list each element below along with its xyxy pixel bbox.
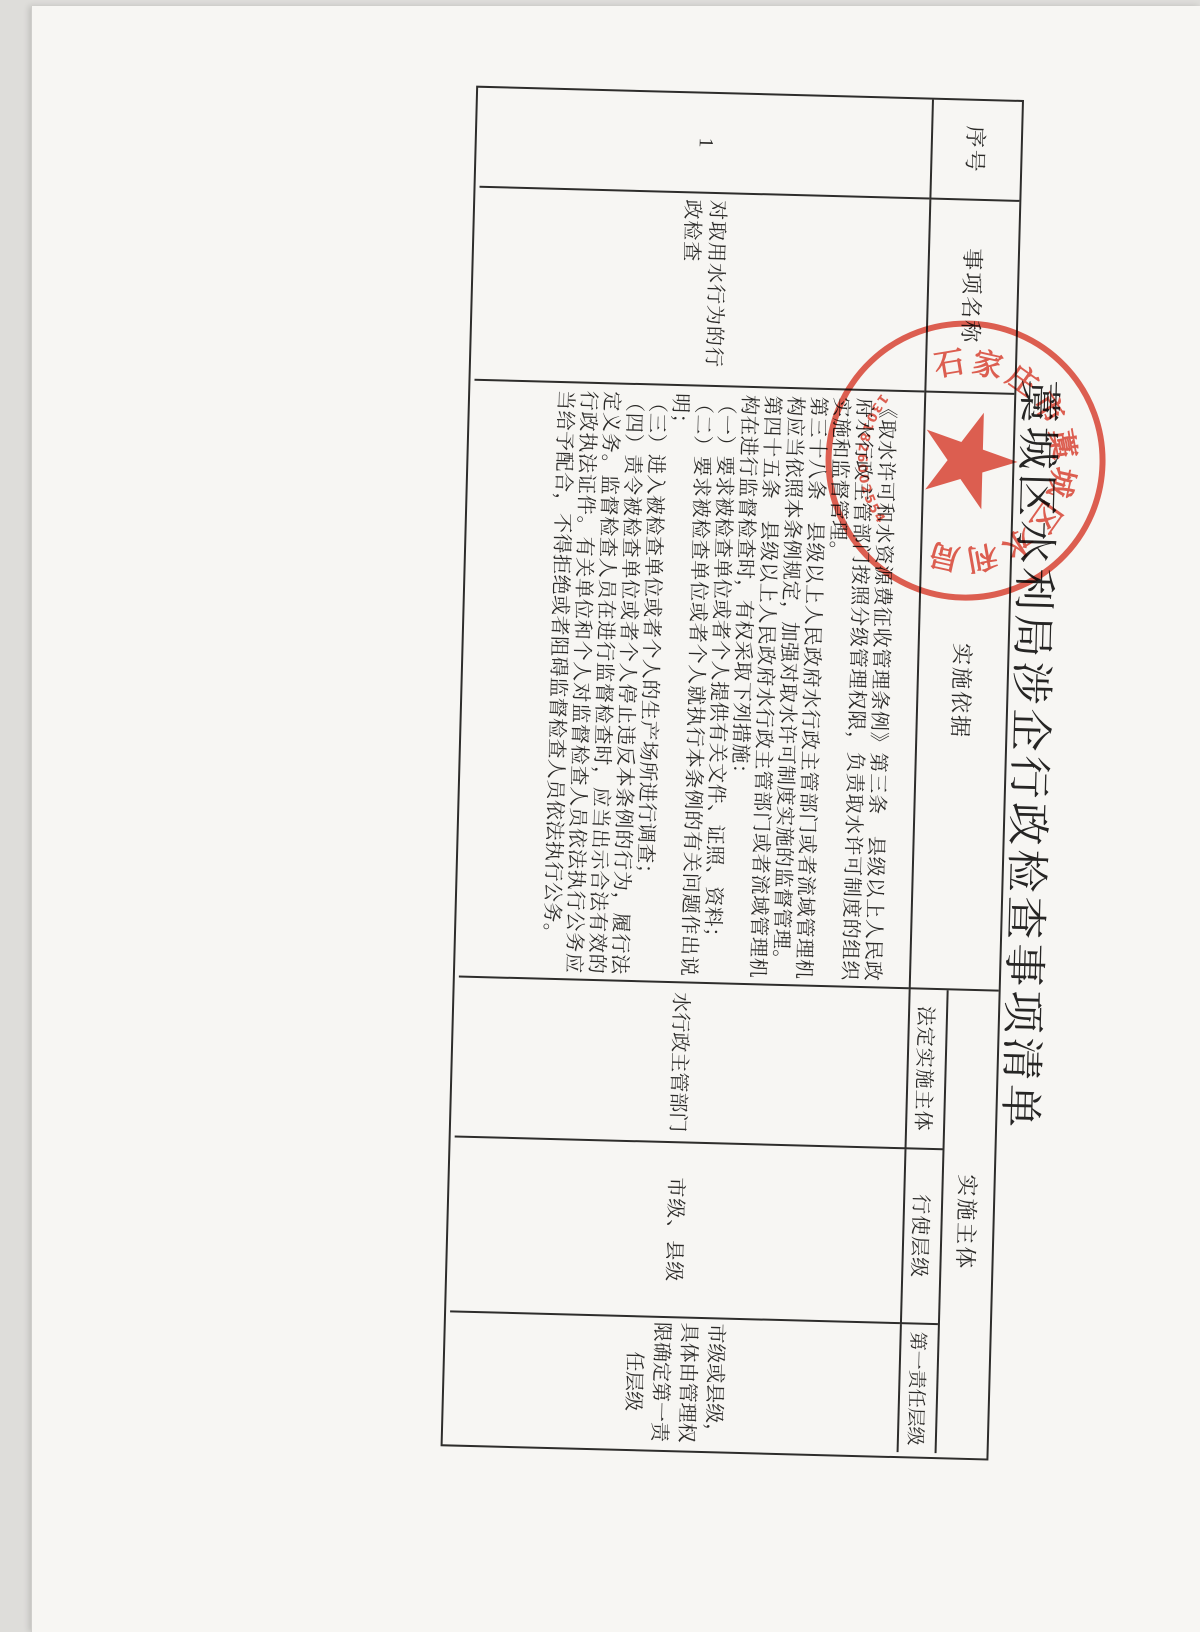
- header-exercise-level: 行使层级: [900, 1149, 943, 1325]
- seal-arc-text: 石家庄市藁城区水利局: [1102, 324, 1109, 604]
- scanned-page: { "document": { "title": "藁城区水利局涉企行政检查事项…: [0, 0, 1200, 1632]
- rotated-scan-canvas: 藁城区水利局涉企行政检查事项清单 序号 事项名称 实施依据 实施主体 法定实施主…: [0, 0, 1200, 1632]
- items-table: 序号 事项名称 实施依据 实施主体 法定实施主体 行使层级 第一责任层级 1 对…: [441, 86, 1024, 1461]
- header-serial-number: 序号: [929, 100, 1022, 202]
- header-first-responsibility-level: 第一责任层级: [897, 1324, 938, 1453]
- row-statutory-subject: 水行政主管部门: [455, 978, 909, 1150]
- document-content: 藁城区水利局涉企行政检查事项清单 序号 事项名称 实施依据 实施主体 法定实施主…: [0, 0, 1200, 1632]
- row-exercise-level: 市级、县级: [450, 1137, 904, 1324]
- header-implementation-basis: 实施依据: [909, 392, 1015, 991]
- row-item-name: 对取用水行为的行政检查: [474, 188, 929, 393]
- header-statutory-subject: 法定实施主体: [904, 989, 946, 1150]
- seal-code: 1301826002554: [1102, 324, 1109, 604]
- row-first-responsibility-level: 市级或县级，具体由管理权限确定第一责任层级: [447, 1312, 900, 1452]
- header-item-name: 事项名称: [924, 200, 1019, 395]
- row-serial-number: 1: [480, 88, 932, 200]
- row-implementation-basis: 《取水许可和水资源费征收管理条例》第三条 县级以上人民政府水行政主管部门按照分级…: [459, 381, 924, 990]
